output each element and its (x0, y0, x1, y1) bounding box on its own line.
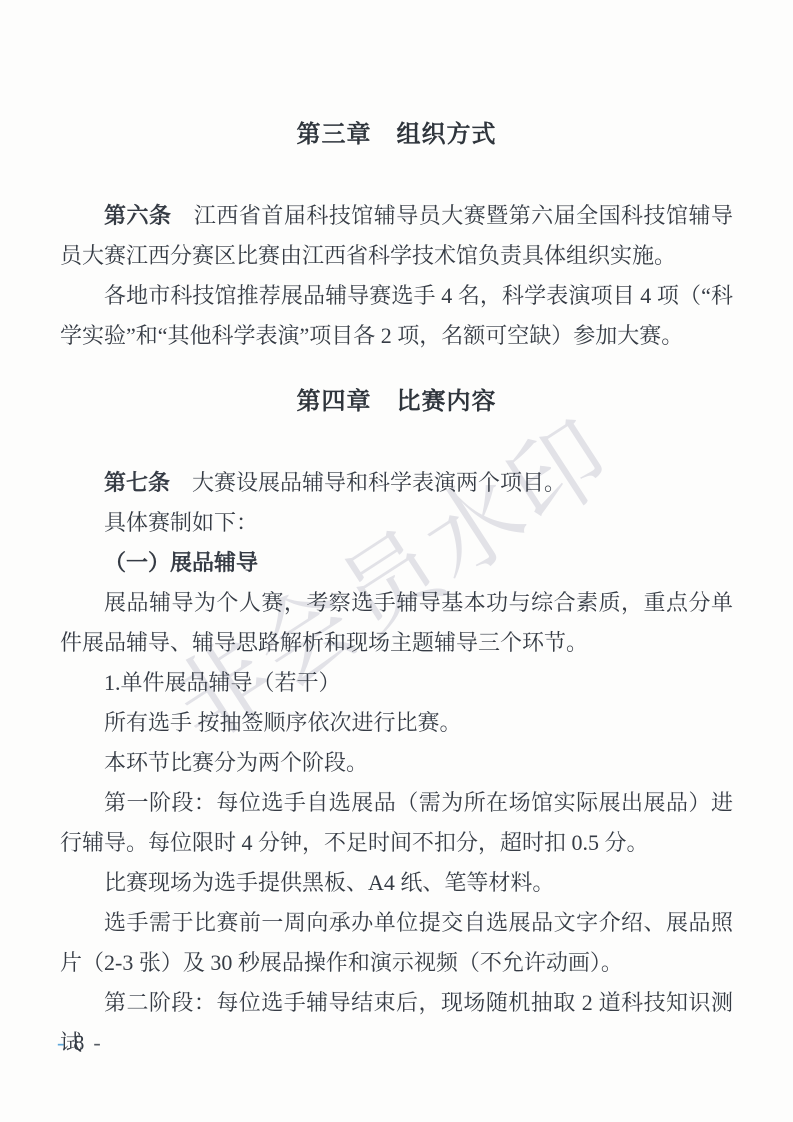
paragraph-text: 选手需于比赛前一周向承办单位提交自选展品文字介绍、展品照片（2-3 张）及 30… (60, 910, 733, 975)
paragraph-two-stages: 本环节比赛分为两个阶段。 (60, 743, 733, 783)
paragraph-item-1: 1.单件展品辅导（若干） (60, 663, 733, 703)
paragraph-article-6: 第六条 江西省首届科技馆辅导员大赛暨第六届全国科技馆辅导员大赛江西分赛区比赛由江… (60, 196, 733, 276)
page-footer: - 8 - (57, 1030, 101, 1056)
paragraph-rules-intro: 具体赛制如下： (60, 503, 733, 543)
paragraph-section-1-heading: （一）展品辅导 (60, 543, 733, 583)
article-7-label: 第七条 (104, 470, 170, 495)
paragraph-article-7: 第七条 大赛设展品辅导和科学表演两个项目。 (60, 463, 733, 503)
page-number: 8 (73, 1030, 84, 1056)
paragraph-text: 展品辅导为个人赛，考察选手辅导基本功与综合素质，重点分单件展品辅导、辅导思路解析… (60, 590, 733, 655)
document-page: 非会员水印 第三章 组织方式 第六条 江西省首届科技馆辅导员大赛暨第六届全国科技… (0, 0, 793, 1122)
paragraph-stage-1: 第一阶段：每位选手自选展品（需为所在场馆实际展出展品）进行辅导。每位限时 4 分… (60, 783, 733, 863)
chapter-4-title: 第四章 比赛内容 (60, 388, 733, 416)
paragraph-text: 大赛设展品辅导和科学表演两个项目。 (170, 470, 566, 495)
paragraph-exhibit-coaching-desc: 展品辅导为个人赛，考察选手辅导基本功与综合素质，重点分单件展品辅导、辅导思路解析… (60, 583, 733, 663)
paragraph-text: 比赛现场为选手提供黑板、A4 纸、笔等材料。 (104, 870, 554, 895)
footer-dash-right: - (93, 1030, 100, 1056)
paragraph-submission: 选手需于比赛前一周向承办单位提交自选展品文字介绍、展品照片（2-3 张）及 30… (60, 903, 733, 983)
paragraph-text: 1.单件展品辅导（若干） (104, 670, 341, 695)
paragraph-quota: 各地市科技馆推荐展品辅导赛选手 4 名，科学表演项目 4 项（“科学实验”和“其… (60, 276, 733, 356)
paragraph-text: 第二阶段：每位选手辅导结束后，现场随机抽取 2 道科技知识测试 (60, 990, 733, 1055)
paragraph-text: 各地市科技馆推荐展品辅导赛选手 4 名，科学表演项目 4 项（“科学实验”和“其… (60, 283, 733, 348)
chapter-3-title: 第三章 组织方式 (60, 121, 733, 149)
article-6-label: 第六条 (104, 203, 171, 228)
footer-dash-left: - (57, 1030, 64, 1056)
paragraph-text: 具体赛制如下： (104, 510, 258, 535)
section-1-label: （一）展品辅导 (104, 550, 258, 575)
paragraph-text: 本环节比赛分为两个阶段。 (104, 750, 368, 775)
paragraph-stage-2: 第二阶段：每位选手辅导结束后，现场随机抽取 2 道科技知识测试 (60, 983, 733, 1063)
paragraph-text: 第一阶段：每位选手自选展品（需为所在场馆实际展出展品）进行辅导。每位限时 4 分… (60, 790, 733, 855)
paragraph-draw-order: 所有选手 按抽签顺序依次进行比赛。 (60, 703, 733, 743)
paragraph-materials: 比赛现场为选手提供黑板、A4 纸、笔等材料。 (60, 863, 733, 903)
paragraph-text: 所有选手 按抽签顺序依次进行比赛。 (104, 710, 462, 735)
document-content: 第三章 组织方式 第六条 江西省首届科技馆辅导员大赛暨第六届全国科技馆辅导员大赛… (0, 121, 793, 1063)
